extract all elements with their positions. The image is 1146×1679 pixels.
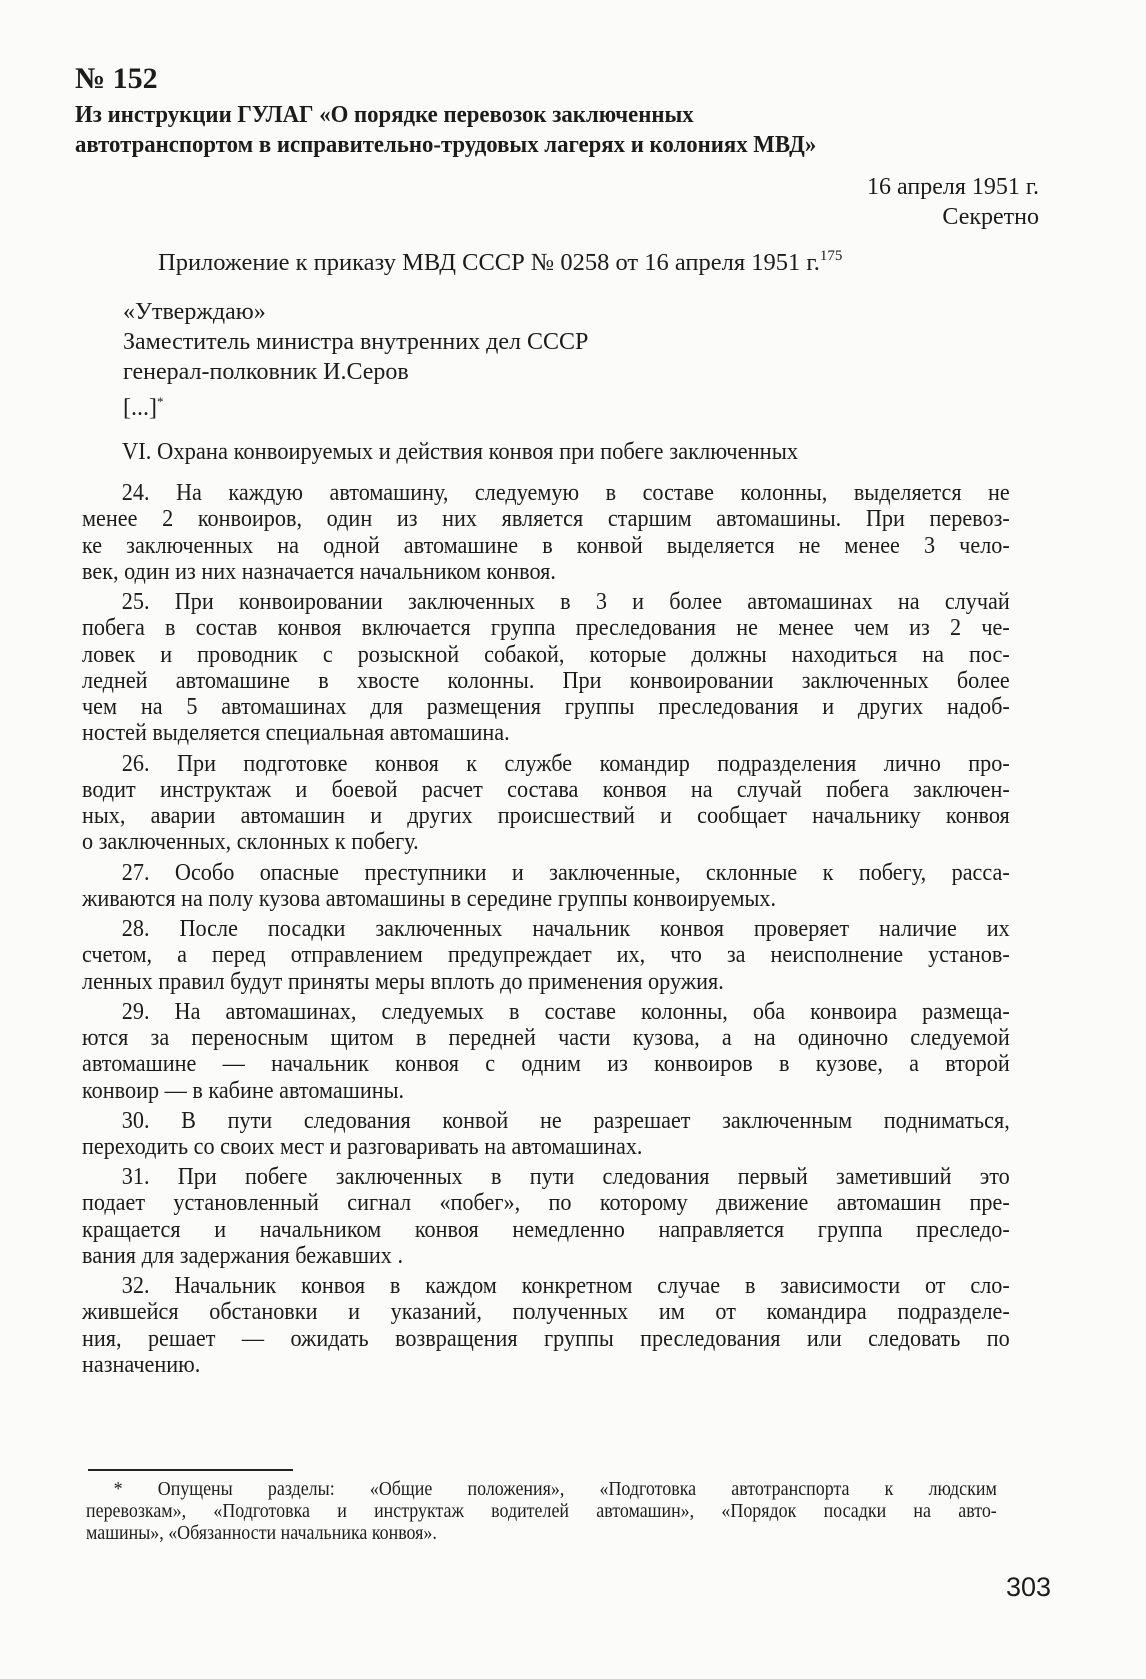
title-line: Из инструкции ГУЛАГ «О порядке перевозок…	[75, 100, 986, 130]
text-line: ются за переносным щитом в передней част…	[82, 1025, 1010, 1051]
paragraph-24: 24. На каждую автомашину, следуемую в со…	[82, 480, 1010, 585]
text-line: 25. При конвоировании заключенных в 3 и …	[82, 589, 1010, 615]
paragraph-28: 28. После посадки заключенных начальник …	[82, 916, 1010, 995]
document-number: № 152	[75, 62, 158, 96]
text-line: автомашине — начальник конвоя с одним из…	[82, 1051, 1010, 1077]
endnote-marker: 175	[820, 248, 843, 264]
classification-label: Секретно	[942, 204, 1039, 231]
paragraph-30: 30. В пути следования конвой не разрешае…	[82, 1108, 1010, 1161]
text-line: ледней автомашине в хвосте колонны. При …	[82, 668, 1010, 694]
text-line: 29. На автомашинах, следуемых в составе …	[82, 999, 1010, 1025]
text-line: конвоир — в кабине автомашины.	[82, 1078, 1010, 1104]
text-line: 26. При подготовке конвоя к службе коман…	[82, 751, 1010, 777]
text-line: чем на 5 автомашинах для размещения груп…	[82, 694, 1010, 720]
text-line: 32. Начальник конвоя в каждом конкретном…	[82, 1273, 1010, 1299]
text-line: назначению.	[82, 1352, 1010, 1378]
page-number: 303	[1006, 1572, 1051, 1603]
omission-mark: [...]*	[123, 387, 588, 423]
appendix-text: Приложение к приказу МВД СССР № 0258 от …	[158, 249, 820, 276]
document-page: № 152 Из инструкции ГУЛАГ «О порядке пер…	[0, 0, 1146, 1679]
text-line: живаются на полу кузова автомашины в сер…	[82, 886, 1010, 912]
footnote-line: * Опущены разделы: «Общие положения», «П…	[86, 1479, 997, 1501]
text-line: ных, аварии автомашин и других происшест…	[82, 803, 1010, 829]
text-line: менее 2 конвоиров, один из них является …	[82, 506, 1010, 532]
footnote-line: машины», «Обязанности начальника конвоя»…	[86, 1523, 997, 1545]
text-line: ленных правил будут приняты меры вплоть …	[82, 969, 1010, 995]
text-line: ния, решает — ожидать возвращения группы…	[82, 1326, 1010, 1352]
text-line: счетом, а перед отправлением предупрежда…	[82, 942, 1010, 968]
paragraph-27: 27. Особо опасные преступники и заключен…	[82, 860, 1010, 913]
document-date: 16 апреля 1951 г.	[867, 174, 1039, 201]
text-line: 30. В пути следования конвой не разрешае…	[82, 1108, 1010, 1134]
text-line: вания для задержания бежавших .	[82, 1243, 1010, 1269]
document-title: Из инструкции ГУЛАГ «О порядке перевозок…	[75, 100, 986, 160]
text-line: ке заключенных на одной автомашине в кон…	[82, 533, 1010, 559]
text-line: побега в состав конвоя включается группа…	[82, 615, 1010, 641]
text-line: кращается и начальником конвоя немедленн…	[82, 1217, 1010, 1243]
approval-line: «Утверждаю»	[123, 297, 588, 327]
paragraph-26: 26. При подготовке конвоя к службе коман…	[82, 751, 1010, 856]
paragraph-29: 29. На автомашинах, следуемых в составе …	[82, 999, 1010, 1104]
body-text: 24. На каждую автомашину, следуемую в со…	[82, 480, 1010, 1382]
footnote-marker: *	[157, 394, 164, 409]
footnote-divider	[88, 1469, 293, 1471]
text-line: о заключенных, склонных к побегу.	[82, 829, 1010, 855]
appendix-reference: Приложение к приказу МВД СССР № 0258 от …	[158, 248, 842, 277]
paragraph-32: 32. Начальник конвоя в каждом конкретном…	[82, 1273, 1010, 1378]
text-line: 28. После посадки заключенных начальник …	[82, 916, 1010, 942]
text-line: 31. При побеге заключенных в пути следов…	[82, 1164, 1010, 1190]
text-line: переходить со своих мест и разговаривать…	[82, 1134, 1010, 1160]
paragraph-31: 31. При побеге заключенных в пути следов…	[82, 1164, 1010, 1269]
footnote-line: перевозкам», «Подготовка и инструктаж во…	[86, 1501, 997, 1523]
text-line: ностей выделяется специальная автомашина…	[82, 720, 1010, 746]
paragraph-25: 25. При конвоировании заключенных в 3 и …	[82, 589, 1010, 747]
text-line: подает установленный сигнал «побег», по …	[82, 1190, 1010, 1216]
approval-signatory-name: генерал-полковник И.Серов	[123, 357, 588, 387]
section-heading: VI. Охрана конвоируемых и действия конво…	[122, 438, 798, 466]
approval-block: «Утверждаю» Заместитель министра внутрен…	[123, 297, 588, 423]
approval-signatory-title: Заместитель министра внутренних дел СССР	[123, 327, 588, 357]
footnote: * Опущены разделы: «Общие положения», «П…	[86, 1479, 997, 1545]
title-line: автотранспортом в исправительно-трудовых…	[75, 130, 986, 160]
text-line: ловек и проводник с розыскной собакой, к…	[82, 642, 1010, 668]
text-line: 24. На каждую автомашину, следуемую в со…	[82, 480, 1010, 506]
omission-text: [...]	[123, 395, 157, 421]
text-line: жившейся обстановки и указаний, полученн…	[82, 1299, 1010, 1325]
text-line: 27. Особо опасные преступники и заключен…	[82, 860, 1010, 886]
text-line: век, один из них назначается начальником…	[82, 559, 1010, 585]
text-line: водит инструктаж и боевой расчет состава…	[82, 777, 1010, 803]
